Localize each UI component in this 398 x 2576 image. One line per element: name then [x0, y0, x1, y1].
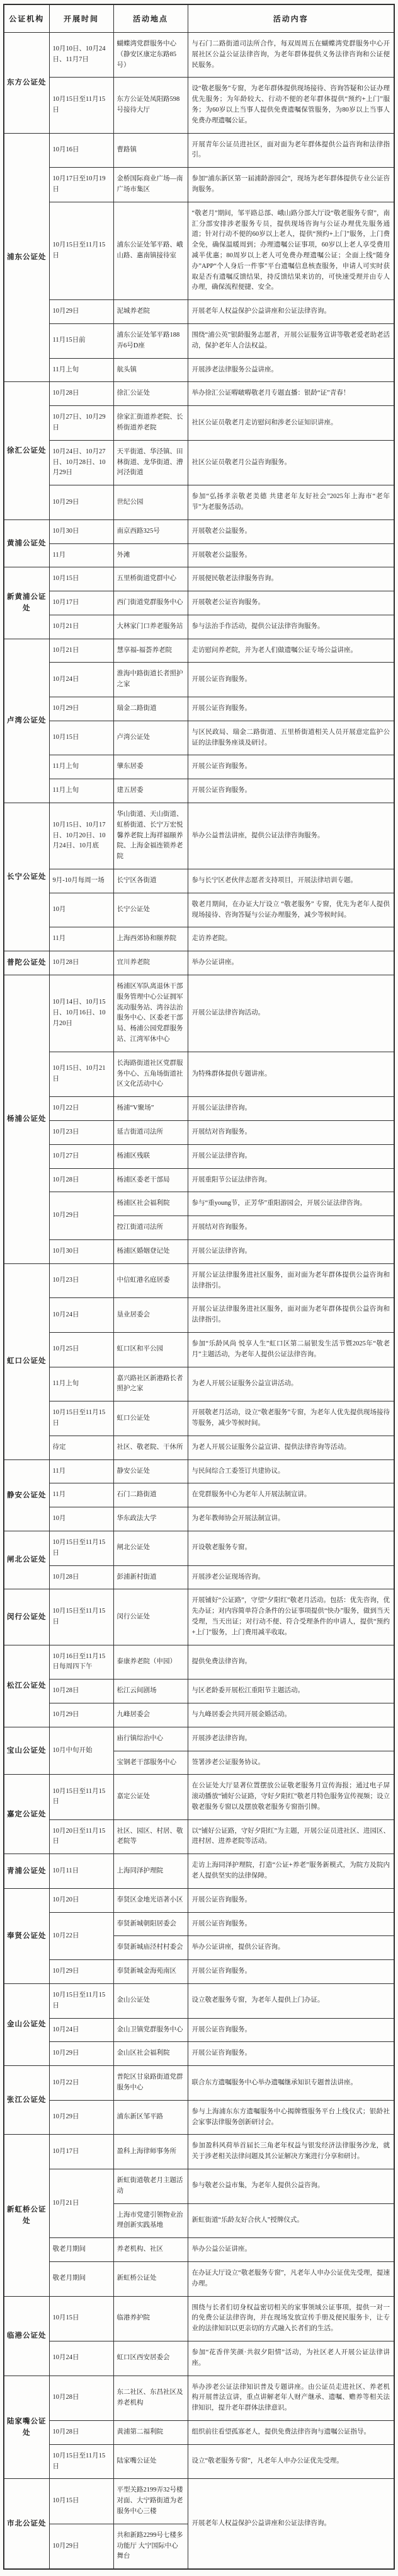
- org-cell: 浦东公证处: [4, 133, 49, 382]
- table-body: 东方公证处10月10日、10月24日、11月7日蝴蝶湾党群服务中心（静安区康定东…: [4, 33, 394, 2570]
- org-cell: 青浦公证处: [4, 1854, 49, 1889]
- table-row: 10月28日杨浦区委老干部局开展重阳节公证法律咨询。: [4, 1168, 394, 1192]
- place-cell: 中信虹港名庭居委: [113, 1263, 188, 1298]
- content-cell: 组织前往看望孤寡老人，提供免费法律咨询与遗嘱公证指导。: [188, 2420, 394, 2444]
- place-cell: 建五居委: [113, 779, 188, 803]
- table-row: 10月29日浦东新区邹平路参与上海浦东东方遗嘱服务中心揭牌暨服务平台上线仪式；银…: [4, 2100, 394, 2135]
- place-cell: 新虹桥公证处: [113, 2262, 188, 2297]
- content-cell: 设“敬老服务”专窗，为老年群体提供现场接待、咨询答疑和公证办理优先服务；为年龄较…: [188, 78, 394, 133]
- column-header-0: 公证机构: [4, 4, 49, 33]
- content-cell: 新虹街道“乐龄友好合伙人”授牌仪式。: [188, 2203, 394, 2238]
- time-cell: 11月: [49, 1483, 113, 1507]
- place-cell: 浦东新区邹平路: [113, 2100, 188, 2135]
- content-cell: 开展公证法律咨询活动。: [188, 975, 394, 1052]
- content-cell: 为老人开展公证服务公益宣讲活动。: [188, 1367, 394, 1401]
- time-cell: 10月15日至11月15日: [49, 1531, 113, 1565]
- table-row: 10月17日至10月19日金桥国际商业广场—南广场市集区参加“浦东新区第一届浦龄…: [4, 168, 394, 202]
- content-cell: 参与上海浦东东方遗嘱服务中心揭牌暨服务平台上线仪式；银龄社会家事法律服务创新研讨…: [188, 2100, 394, 2135]
- time-cell: 10月: [49, 1507, 113, 1531]
- org-cell: 卢湾公证处: [4, 639, 49, 803]
- table-row: 东方公证处10月10日、10月24日、11月7日蝴蝶湾党群服务中心（静安区康定东…: [4, 33, 394, 78]
- time-cell: 10月15日至11月15日: [49, 1984, 113, 2019]
- org-cell: 松江公证处: [4, 1645, 49, 1727]
- column-header-2: 活动地点: [113, 4, 188, 33]
- content-cell: 开展公证咨询服务。: [188, 1960, 394, 1984]
- table-row: 临港公证处10月15日临港养护院围绕与长者们切身权益密切相关的家事领域公证事项，…: [4, 2296, 394, 2341]
- time-cell: 10月28日: [49, 2420, 113, 2444]
- content-cell: 围绕“浦公英”银龄服务志愿者，开展公证服务宣讲等敬老爱老助老活动，保护老年人合法…: [188, 323, 394, 358]
- content-cell: 设立敬老服务专窗，为老年人提供上门办证。: [188, 1984, 394, 2019]
- table-row: 敬老月期间养老机构、社区举办公益公证讲座。: [4, 2238, 394, 2262]
- time-cell: 10月28日: [49, 1680, 113, 1703]
- place-cell: 蝴蝶湾党群服务中心（静安区康定东路85号）: [113, 33, 188, 78]
- table-row: 11月上旬嘉兴路社区新港路长者照护之家为老人开展公证服务公益宣讲活动。: [4, 1367, 394, 1401]
- content-cell: 开展公证咨询服务。: [188, 663, 394, 697]
- time-cell: 10月27日、10月29日: [49, 406, 113, 441]
- table-row: 10月24日淮海中路街道长者照护之家开展公证咨询服务。: [4, 663, 394, 697]
- place-cell: 华山街道、天山街道、虹桥街道、长宁万宏悦馨养老院上海祥福颐养院、上海金福连锁养老…: [113, 803, 188, 869]
- content-cell: 开展敬老公证咨询服务。: [188, 591, 394, 615]
- table-row: 10月24日虹口区西安居委会参加“花香伴笑颜·共叙夕阳情”活动，为社区老人开展公…: [4, 2341, 394, 2376]
- header-row: 公证机构开展时间活动地点活动内容: [4, 4, 394, 33]
- table-row: 10月29日金山区社会福利院开展公证咨询服务。: [4, 2042, 394, 2066]
- table-header: 公证机构开展时间活动地点活动内容: [4, 4, 394, 33]
- time-cell: 11月: [49, 927, 113, 951]
- place-cell: 新虹街道敬老月主题活动: [113, 2169, 188, 2204]
- place-cell: 奉贤区金地光语著小区: [113, 1888, 188, 1912]
- place-cell: 东方公证处凤阳路598号接待大厅: [113, 78, 188, 133]
- place-cell: 静安公证处: [113, 1459, 188, 1483]
- place-cell: 金山公证处: [113, 1984, 188, 2019]
- table-row: 虹口公证处10月23日中信虹港名庭居委开展公证法律服务进社区服务，面对面为老年群…: [4, 1263, 394, 1298]
- time-cell: 10月中旬开始: [49, 1727, 113, 1775]
- time-cell: 10月22日: [49, 1097, 113, 1121]
- content-cell: 开展公证咨询服务。: [188, 697, 394, 721]
- time-cell: 10月23日: [49, 1121, 113, 1145]
- table-row: 敬老月期间新虹桥公证处在办证大厅设立“敬老服务专窗”，凡老年人申办公证优先受理，…: [4, 2262, 394, 2297]
- table-row: 闸北公证处10月15日至11月15日闸北公证处开设敬老服务专窗。: [4, 1531, 394, 1565]
- table-row: 卢湾公证处10月21日慧享福-福荟养老院走访慰问养老院，并为老人们做遗嘱公证专场…: [4, 639, 394, 663]
- table-row: 青浦公证处10月11日上海同泽护理院走访上海同泽护理院，打造“公证+养老”服务新…: [4, 1854, 394, 1889]
- table-row: 宝山公证处10月中旬开始庙行镇综治中心开展涉老法律咨询。: [4, 1727, 394, 1751]
- place-cell: 普陀区甘泉路街道党群服务中心: [113, 2066, 188, 2101]
- content-cell: 开展公证法律咨询。: [188, 1097, 394, 1121]
- table-row: 闵行公证处10月15日至11月15日闵行公证处开展铺好“公证路”，守望“夕阳红”…: [4, 1589, 394, 1645]
- content-cell: 参加“浦东新区第一届浦龄游园会”，现场为老年群体提供专业公证咨询服务。: [188, 168, 394, 202]
- table-row: 11月外滩开展敬老公益服务。: [4, 543, 394, 567]
- table-row: 10月30日杨浦区婚姻登记处开展公证法律咨询。: [4, 1239, 394, 1263]
- table-row: 奉贤公证处10月20日奉贤区金地光语著小区开展公证咨询服务。: [4, 1888, 394, 1912]
- place-cell: 卢湾公证处: [113, 721, 188, 755]
- time-cell: 10月11日: [49, 1854, 113, 1889]
- time-cell: 10月28日: [49, 2376, 113, 2420]
- time-cell: 10月29日: [49, 300, 113, 324]
- org-cell: 虹口公证处: [4, 1263, 49, 1459]
- table-row: 10月25日虹口区和平公园参加“乐龄风尚 悦享人生”虹口区第二届银发生活节暨20…: [4, 1332, 394, 1367]
- place-cell: 九峰居委会: [113, 1703, 188, 1727]
- org-cell: 长宁公证处: [4, 803, 49, 951]
- table-row: 10月15日、10月21日长海路街道社区党群服务中心、五角场街道社区文化活动中心…: [4, 1052, 394, 1096]
- place-cell: 闵行公证处: [113, 1589, 188, 1645]
- table-row: 10月23日延吉街道司法所开展结对咨询服务。: [4, 1121, 394, 1145]
- content-cell: 参与敬老公益市集，为老年人提供公益咨询。: [188, 2169, 394, 2204]
- table-row: 待定社区、敬老院、干休所为老人开展公证服务公益宣讲、提供法律咨询等活动。: [4, 1436, 394, 1459]
- content-cell: 开展公证咨询服务。: [188, 1888, 394, 1912]
- time-cell: 敬老月期间: [49, 2238, 113, 2262]
- time-cell: 10月16日: [49, 133, 113, 168]
- content-cell: 开展结对咨询服务。: [188, 1121, 394, 1145]
- content-cell: 开展公证咨询服务。: [188, 1912, 394, 1936]
- content-cell: 举办公证讲座。: [188, 951, 394, 975]
- time-cell: 9月-10月每周一场: [49, 869, 113, 893]
- time-cell: 10月30日: [49, 1239, 113, 1263]
- notary-activity-table: 公证机构开展时间活动地点活动内容 东方公证处10月10日、10月24日、11月7…: [3, 4, 395, 2570]
- content-cell: 以“铺好公证路，守好夕阳红”为主题，开展公证员进社区、进园区、进村居、进养老院等…: [188, 1819, 394, 1854]
- time-cell: 10月21日: [49, 615, 113, 639]
- org-cell: 新虹桥公证处: [4, 2135, 49, 2296]
- content-cell: 开展结对咨询服务。: [188, 1216, 394, 1240]
- place-cell: 奉贤新城朝阳居委会: [113, 1912, 188, 1936]
- place-cell: 陆家嘴公证处: [113, 2444, 188, 2479]
- place-cell: 虹口公证处: [113, 1401, 188, 1436]
- content-cell: 开设敬老服务专窗。: [188, 1531, 394, 1565]
- place-cell: 杨浦“V聚场”: [113, 1097, 188, 1121]
- time-cell: 10月28日: [49, 1565, 113, 1589]
- table-row: 11月上海西郊协和颐养院走访养老院。: [4, 927, 394, 951]
- time-cell: 11月上旬: [49, 1367, 113, 1401]
- content-cell: 与九峰居委会共同开展金婚活动。: [188, 1703, 394, 1727]
- table-row: 9月-10月每周一场长宁区各街道参与长宁区老伙伴志愿者支持项目，开展法律培训专题…: [4, 869, 394, 893]
- place-cell: 徐汇公证处: [113, 382, 188, 406]
- place-cell: 共和新路2299号七楼多功能厅 大宁国际中心舞台: [113, 2524, 188, 2569]
- place-cell: 黄浦第二福利院: [113, 2420, 188, 2444]
- time-cell: 11月上旬: [49, 755, 113, 779]
- time-cell: 10月15日: [49, 2479, 113, 2524]
- place-cell: 长海路街道社区党群服务中心、五角场街道社区文化活动中心: [113, 1052, 188, 1096]
- place-cell: 世纪公园: [113, 485, 188, 520]
- time-cell: 11月上旬: [49, 358, 113, 382]
- content-cell: 开展公证法律咨询。: [188, 1144, 394, 1168]
- time-cell: 10月24日: [49, 663, 113, 697]
- place-cell: 杨浦区婚姻登记处: [113, 1239, 188, 1263]
- table-row: 杨浦公证处10月14日、10月15日、10月16日、10月20日杨浦区军队离退休…: [4, 975, 394, 1052]
- place-cell: 杨浦区军队离退休干部服务管理中心公证拥军流动服务站、湾谷法治服务中心、区委老干部…: [113, 975, 188, 1052]
- table-row: 10月17日西门街道党群服务中心开展敬老公证咨询服务。: [4, 591, 394, 615]
- time-cell: 敬老月期间: [49, 2262, 113, 2297]
- table-row: 金山公证处10月15日至11月15日金山公证处设立敬老服务专窗，为老年人提供上门…: [4, 1984, 394, 2019]
- table-row: 10月29日瑞金二路街道开展公证咨询服务。: [4, 697, 394, 721]
- org-cell: 普陀公证处: [4, 951, 49, 975]
- time-cell: 10月15日至11月15日: [49, 1589, 113, 1645]
- content-cell: 为老人开展公证服务公益宣讲、提供法律咨询等活动。: [188, 1436, 394, 1459]
- time-cell: 10月16日至11月15日每周四下午: [49, 1645, 113, 1680]
- time-cell: 10月15日至11月15日: [49, 1401, 113, 1436]
- table-row: 10月15日至11月15日虹口公证处开展敬老月活动，设立“敬老服务”专窗，为老年…: [4, 1401, 394, 1436]
- place-cell: 彭浦新村街道: [113, 1565, 188, 1589]
- time-cell: 10月29日: [49, 697, 113, 721]
- place-cell: 长宁公证处: [113, 893, 188, 927]
- time-cell: 10月20日: [49, 1888, 113, 1912]
- notary-activity-schedule-page: 公证机构开展时间活动地点活动内容 东方公证处10月10日、10月24日、11月7…: [0, 0, 398, 2576]
- time-cell: 10月15日至11月15日: [49, 78, 113, 133]
- place-cell: 长宁区各街道: [113, 869, 188, 893]
- table-row: 11月上旬肇东居委开展公证咨询服务。: [4, 755, 394, 779]
- table-row: 10月24日金山卫镇党群服务中心开展公证咨询服务。: [4, 2018, 394, 2042]
- time-cell: 10月14日、10月15日、10月16日、10月20日: [49, 975, 113, 1052]
- table-row: 静安公证处11月静安公证处与民间综合工委签订共建协议。: [4, 1459, 394, 1483]
- place-cell: 社区、园区、村居、敬老院等: [113, 1819, 188, 1854]
- table-row: 10月27日杨浦区残联开展公证法律咨询。: [4, 1144, 394, 1168]
- time-cell: 10月28日: [49, 1168, 113, 1192]
- content-cell: 举办公证讲座，提供公证咨询。: [188, 1936, 394, 1960]
- table-row: 市北公证处10月15日平型关路2199弄32号楼对面、大宁路街道为老服务中心三楼…: [4, 2479, 394, 2524]
- place-cell: 上海同泽护理院: [113, 1854, 188, 1889]
- place-cell: 慧享福-福荟养老院: [113, 639, 188, 663]
- content-cell: 开展敬老公益服务。: [188, 519, 394, 543]
- content-cell: 走访养老院。: [188, 927, 394, 951]
- content-cell: 与石门二路街道司法所合作，每双周周五在蝴蝶湾党群服务中心开展社区公益公证法律咨询…: [188, 33, 394, 78]
- place-cell: 社区、敬老院、干休所: [113, 1436, 188, 1459]
- content-cell: 与民间综合工委签订共建协议。: [188, 1459, 394, 1483]
- place-cell: 奉贤新城金海苑南区: [113, 1960, 188, 1984]
- content-cell: 签署涉老公证服务协议。: [188, 1751, 394, 1775]
- time-cell: 10月24日、10月27日、10月28日、10月29日: [49, 440, 113, 485]
- place-cell: 徐家汇街道养老院、长桥街道养老院: [113, 406, 188, 441]
- place-cell: 淮海中路街道长者照护之家: [113, 663, 188, 697]
- content-cell: 开展公证咨询服务。: [188, 2018, 394, 2042]
- org-cell: 东方公证处: [4, 33, 49, 134]
- table-row: 黄浦公证处10月30日南京西路325号开展敬老公益服务。: [4, 519, 394, 543]
- place-cell: 金山区社会福利院: [113, 2042, 188, 2066]
- time-cell: 10月24日: [49, 2018, 113, 2042]
- content-cell: 参与“重young节，正芳华”重阳游园会，开展公证法律咨询。: [188, 1192, 394, 1216]
- content-cell: 与区民政局、瑞金二路街道、五里桥街道相关人员开展意定监护公证的法律服务座谈及研讨…: [188, 721, 394, 755]
- place-cell: 控江街道司法所: [113, 1216, 188, 1240]
- content-cell: 参与法治手作活动，提供公证法律咨询服务。: [188, 615, 394, 639]
- table-row: 浦东公证处10月16日曹路镇开展青年公证员进社区，面对面为老年群体提供公益咨询和…: [4, 133, 394, 168]
- time-cell: 10月29日: [49, 2524, 113, 2569]
- time-cell: 10月28日: [49, 382, 113, 406]
- org-cell: 金山公证处: [4, 1984, 49, 2066]
- time-cell: 10月29日: [49, 2042, 113, 2066]
- place-cell: 宝钢老干部服务中心: [113, 1751, 188, 1775]
- table-row: 10月22日杨浦“V聚场”开展公证法律咨询。: [4, 1097, 394, 1121]
- table-row: 陆家嘴公证处10月28日东二社区、东昌社区及养老机构举办涉老公证法律知识普及专题…: [4, 2376, 394, 2420]
- table-row: 张江公证处10月22日普陀区甘泉路街道党群服务中心联合东方遗嘱服务中心举办遗嘱继…: [4, 2066, 394, 2101]
- place-cell: 航头镇: [113, 358, 188, 382]
- table-row: 新黄浦公证处10月15日五里桥街道党群中心开展便民敬老法律服务咨询。: [4, 567, 394, 591]
- table-row: 11月石门二路街道在党群服务中心为老年人开展法制宣讲。: [4, 1483, 394, 1507]
- place-cell: 金桥国际商业广场—南广场市集区: [113, 168, 188, 202]
- content-cell: 开展公证法律服务进社区服务，面对面为老年群体提供公益咨询和法律指引。: [188, 1298, 394, 1333]
- table-row: 10月21日新虹街道敬老月主题活动参与敬老公益市集，为老年人提供公益咨询。: [4, 2169, 394, 2204]
- content-cell: 开展公证法律服务进社区服务，面对面为老年群体提供公益咨询和法律指引。: [188, 1263, 394, 1298]
- table-row: 嘉定公证处10月15日至11月15日嘉定公证处在公证处大厅显著位置摆放公证敬老服…: [4, 1775, 394, 1819]
- content-cell: 开展涉老法律咨询。: [188, 1727, 394, 1751]
- time-cell: 10月30日: [49, 519, 113, 543]
- time-cell: 10月29日: [49, 485, 113, 520]
- time-cell: 10月15日: [49, 721, 113, 755]
- table-row: 10月28日黄浦第二福利院组织前往看望孤寡老人，提供免费法律咨询与遗嘱公证指导。: [4, 2420, 394, 2444]
- place-cell: 杨浦区残联: [113, 1144, 188, 1168]
- content-cell: 开展铺好“公证路”，守望“夕阳红”敬老月活动。包括：优先咨询，优先办证；对内容简…: [188, 1589, 394, 1645]
- place-cell: 闸北公证处: [113, 1531, 188, 1565]
- time-cell: 10月29日: [49, 1192, 113, 1240]
- table-row: 10月15日至11月15日陆家嘴公证处设立“敬老服务专窗”，凡老年人申办公证优先…: [4, 2444, 394, 2479]
- table-row: 10月22日奉贤新城朝阳居委会开展公证咨询服务。: [4, 1912, 394, 1936]
- content-cell: 开展公证咨询服务。: [188, 2042, 394, 2066]
- table-row: 10月29日九峰居委会与九峰居委会共同开展金婚活动。: [4, 1703, 394, 1727]
- time-cell: 10月24日: [49, 1298, 113, 1333]
- time-cell: 10月17日: [49, 591, 113, 615]
- time-cell: 10月24日: [49, 2341, 113, 2376]
- org-cell: 嘉定公证处: [4, 1775, 49, 1854]
- content-cell: 在党群服务中心为老年人开展法制宣讲。: [188, 1483, 394, 1507]
- place-cell: 西门街道党群服务中心: [113, 591, 188, 615]
- place-cell: 虹口区西安居委会: [113, 2341, 188, 2376]
- place-cell: 奉贤新城庙泾村村委会: [113, 1936, 188, 1960]
- place-cell: 外滩: [113, 543, 188, 567]
- table-row: 10月20日至11月15日社区、园区、村居、敬老院等以“铺好公证路，守好夕阳红”…: [4, 1819, 394, 1854]
- table-row: 10月28日彭浦新村街道开展涉老公证现场咨询。: [4, 1565, 394, 1589]
- place-cell: 曹路镇: [113, 133, 188, 168]
- time-cell: 10月28日: [49, 951, 113, 975]
- content-cell: 社区公证员敬老月走访慰问和涉老公证知识讲座。: [188, 406, 394, 441]
- content-cell: 开展老年人权益保护公益讲座和公证法律咨询。: [188, 2479, 394, 2569]
- place-cell: 石门二路街道: [113, 1483, 188, 1507]
- content-cell: 开展便民敬老法律服务咨询。: [188, 567, 394, 591]
- org-cell: 新黄浦公证处: [4, 567, 49, 639]
- table-row: 徐汇公证处10月28日徐汇公证处举办徐汇公证嘚啵嘚敬老月专题直播：银龄“证”青春…: [4, 382, 394, 406]
- org-cell: 闸北公证处: [4, 1531, 49, 1589]
- time-cell: 10月15日: [49, 567, 113, 591]
- org-cell: 闵行公证处: [4, 1589, 49, 1645]
- place-cell: 上海市党建引领物业治理创新实践基地: [113, 2203, 188, 2238]
- place-cell: 泰康养老院（申园）: [113, 1645, 188, 1680]
- place-cell: 浦东公证处邹平路188弄6号D座: [113, 323, 188, 358]
- time-cell: 待定: [49, 1436, 113, 1459]
- table-row: 11月上旬航头镇开展涉老法律服务公益讲座。: [4, 358, 394, 382]
- place-cell: 天平街道、华泾镇、田林街道、龙华街道、漕河泾街道: [113, 440, 188, 485]
- org-cell: 临港公证处: [4, 2296, 49, 2376]
- time-cell: 10月22日: [49, 1912, 113, 1960]
- content-cell: 开展重阳节公证法律咨询。: [188, 1168, 394, 1192]
- place-cell: 南京西路325号: [113, 519, 188, 543]
- content-cell: 举办公益公证讲座。: [188, 2238, 394, 2262]
- time-cell: 11月15日前: [49, 323, 113, 358]
- org-cell: 市北公证处: [4, 2479, 49, 2569]
- table-row: 松江公证处10月16日至11月15日每周四下午泰康养老院（申园）提供免费法律咨询…: [4, 1645, 394, 1680]
- org-cell: 陆家嘴公证处: [4, 2376, 49, 2479]
- table-row: 10月27日、10月29日徐家汇街道养老院、长桥街道养老院社区公证员敬老月走访慰…: [4, 406, 394, 441]
- content-cell: 在公证处大厅显著位置摆放公证敬老服务月宣传海报；通过电子屏滚动播放“铺好公证路，…: [188, 1775, 394, 1819]
- column-header-3: 活动内容: [188, 4, 394, 33]
- content-cell: 举办公益普法讲座，提供公证法律咨询服务。: [188, 803, 394, 869]
- content-cell: 设立“敬老服务专窗”，凡老年人申办公证优先受理。: [188, 2444, 394, 2479]
- content-cell: 参加“乐龄风尚 悦享人生”虹口区第二届银发生活节暨2025年“敬老月”主题活动，…: [188, 1332, 394, 1367]
- time-cell: 10月15日、10月21日: [49, 1052, 113, 1096]
- time-cell: 10月20日至11月15日: [49, 1819, 113, 1854]
- content-cell: 参与长宁区老伙伴志愿者支持项目，开展法律培训专题。: [188, 869, 394, 893]
- place-cell: 宜川养老院: [113, 951, 188, 975]
- time-cell: 10月21日: [49, 2169, 113, 2238]
- table-row: 10月29日杨浦区社会福利院参与“重young节，正芳华”重阳游园会，开展公证法…: [4, 1192, 394, 1216]
- place-cell: 嘉兴路社区新港路长者照护之家: [113, 1367, 188, 1401]
- column-header-1: 开展时间: [49, 4, 113, 33]
- place-cell: 东二社区、东昌社区及养老机构: [113, 2376, 188, 2420]
- time-cell: 10月15日至11月15日: [49, 202, 113, 299]
- time-cell: 11月: [49, 1459, 113, 1483]
- time-cell: 10月10日、10月24日、11月7日: [49, 33, 113, 78]
- time-cell: 10月17日至10月19日: [49, 168, 113, 202]
- org-cell: 静安公证处: [4, 1459, 49, 1531]
- time-cell: 10月22日: [49, 2066, 113, 2101]
- place-cell: 临港养护院: [113, 2296, 188, 2341]
- place-cell: 虹口区和平公园: [113, 1332, 188, 1367]
- content-cell: 参加“弘扬孝亲敬老美德 共建老年友好社会”2025年上海市“老年节”为老服务活动…: [188, 485, 394, 520]
- place-cell: 庙行镇综治中心: [113, 1727, 188, 1751]
- place-cell: 垦业居委会: [113, 1298, 188, 1333]
- content-cell: 走访上海同泽护理院，打造“公证+养老”服务新模式，为院方及院内老人提供坚实的法律…: [188, 1854, 394, 1889]
- content-cell: 在办证大厅设立“敬老服务专窗”，凡老年人申办公证优先受理，提速办理。: [188, 2262, 394, 2297]
- time-cell: 10月15日、10月17日、10月20日、10月24日、10月底: [49, 803, 113, 869]
- content-cell: 开展敬老公益服务。: [188, 543, 394, 567]
- table-row: 10月21日大林家门口养老服务站参与法治手作活动，提供公证法律咨询服务。: [4, 615, 394, 639]
- org-cell: 奉贤公证处: [4, 1888, 49, 1983]
- content-cell: 开展公证咨询服务。: [188, 755, 394, 779]
- table-row: 10月长宁公证处敬老月期间，在办证大厅设立 “敬老服务” 专窗，优先为老年人提供…: [4, 893, 394, 927]
- content-cell: 与区老龄委开展松江重阳节主题活动。: [188, 1680, 394, 1703]
- time-cell: 10月23日: [49, 1263, 113, 1298]
- org-cell: 宝山公证处: [4, 1727, 49, 1775]
- time-cell: 10月17日: [49, 2135, 113, 2169]
- table-row: 长宁公证处10月15日、10月17日、10月20日、10月24日、10月底华山街…: [4, 803, 394, 869]
- place-cell: 平型关路2199弄32号楼对面、大宁路街道为老服务中心三楼: [113, 2479, 188, 2524]
- table-row: 10月15日卢湾公证处与区民政局、瑞金二路街道、五里桥街道相关人员开展意定监护公…: [4, 721, 394, 755]
- time-cell: 10月29日: [49, 2100, 113, 2135]
- table-row: 11月上旬建五居委开展公证咨询服务。: [4, 779, 394, 803]
- place-cell: 肇东居委: [113, 755, 188, 779]
- content-cell: 开展公证咨询服务。: [188, 779, 394, 803]
- table-row: 10月24日垦业居委会开展公证法律服务进社区服务，面对面为老年群体提供公益咨询和…: [4, 1298, 394, 1333]
- content-cell: 举办涉老公证法律知识普及专题讲座。由公证员走进社区、养老机构开展普法宣讲，重点讲…: [188, 2376, 394, 2420]
- content-cell: 围绕与长者们切身权益密切相关的家事领域公证事项，提供一对一的免费公证法律咨询，并…: [188, 2296, 394, 2341]
- content-cell: 开展老年人权益保护公益讲座和公证法律咨询。: [188, 300, 394, 324]
- content-cell: 敬老月期间，在办证大厅设立 “敬老服务” 专窗，优先为老年人提供现场接待、咨询答…: [188, 893, 394, 927]
- time-cell: 10月21日: [49, 639, 113, 663]
- time-cell: 11月: [49, 543, 113, 567]
- place-cell: 杨浦区社会福利院: [113, 1192, 188, 1216]
- content-cell: 举办徐汇公证嘚啵嘚敬老月专题直播：银龄“证”青春！: [188, 382, 394, 406]
- place-cell: 养老机构、社区: [113, 2238, 188, 2262]
- table-row: 10月华东政法大学为老年教师协会开展法制宣讲。: [4, 1507, 394, 1531]
- table-row: 新虹桥公证处10月17日盈科上海律师事务所参加盈科风荷举首届长三角老年权益与银发…: [4, 2135, 394, 2169]
- content-cell: 开展敬老月活动，设立“敬老服务”专窗，为老年人优先提供现场接待等服务，减少等候时…: [188, 1401, 394, 1436]
- org-cell: 徐汇公证处: [4, 382, 49, 519]
- place-cell: 泥城养老院: [113, 300, 188, 324]
- org-cell: 张江公证处: [4, 2066, 49, 2135]
- table-row: 10月29日泥城养老院开展老年人权益保护公益讲座和公证法律咨询。: [4, 300, 394, 324]
- place-cell: 延吉街道司法所: [113, 1121, 188, 1145]
- org-cell: 黄浦公证处: [4, 519, 49, 567]
- time-cell: 11月上旬: [49, 779, 113, 803]
- content-cell: 走访慰问养老院，并为老人们做遗嘱公证专场公益讲座。: [188, 639, 394, 663]
- time-cell: 10月25日: [49, 1332, 113, 1367]
- place-cell: 上海西郊协和颐养院: [113, 927, 188, 951]
- content-cell: “敬老月”期间，邹平路总部、峨山路分部大厅设“敬老服务专窗”，南汇分部安排涉老服…: [188, 202, 394, 299]
- table-row: 10月29日世纪公园参加“弘扬孝亲敬老美德 共建老年友好社会”2025年上海市“…: [4, 485, 394, 520]
- table-row: 10月15日至11月15日浦东公证处邹平路、峨山路、惠南镇接待室“敬老月”期间，…: [4, 202, 394, 299]
